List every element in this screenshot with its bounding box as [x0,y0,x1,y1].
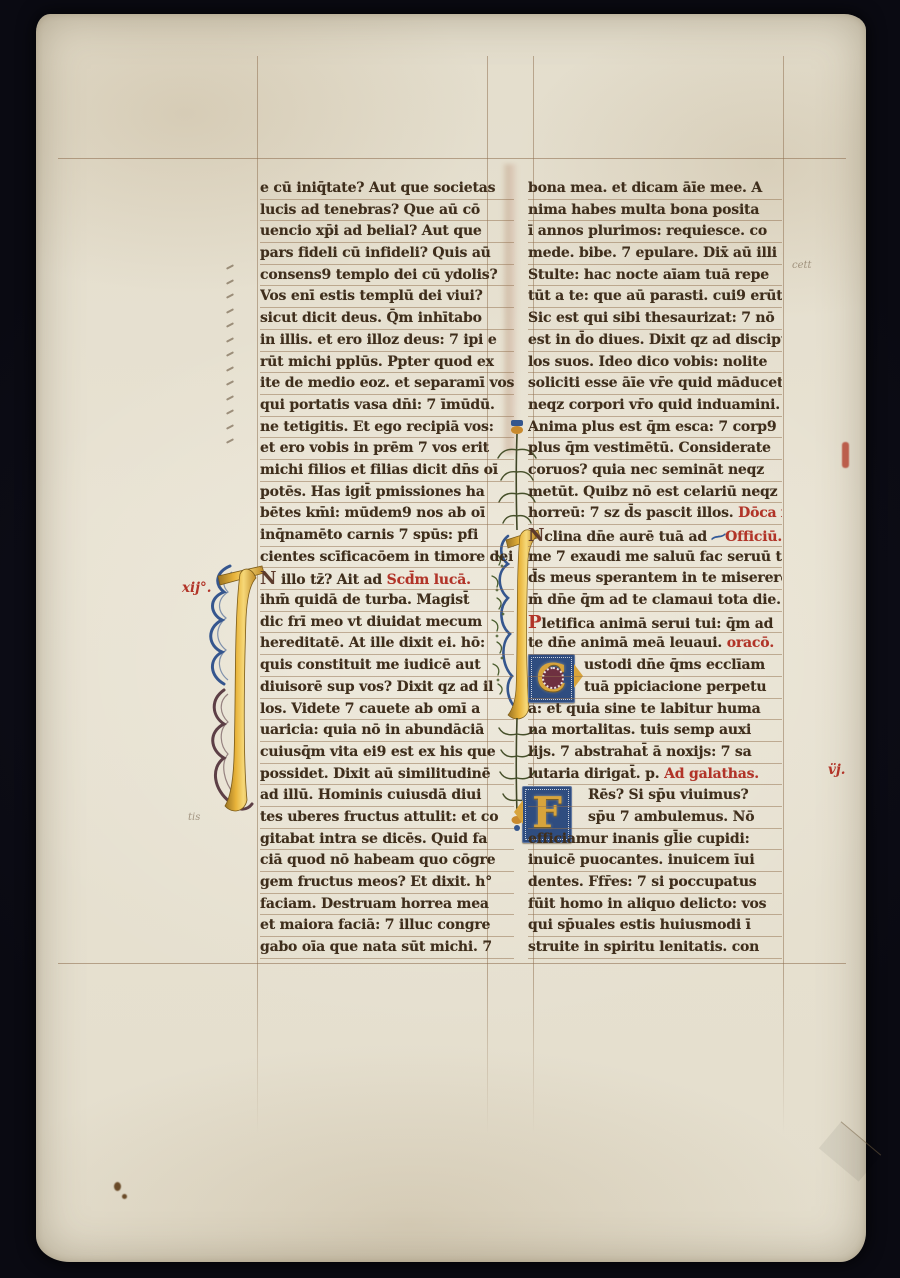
body-text: lutaria dirigat̄. p. [528,766,664,782]
text-line: ī annos plurimos: requiesce. co [528,221,782,243]
red-stain [842,442,849,468]
text-line: coruos? quia nec semināt neqz [528,460,782,482]
text-line: dentes. Ffr̄es: 7 si poccupatus [528,872,782,894]
text-line: in illis. et ero illoz deus: 7 ipi e [260,330,514,352]
body-text: Rēs? Si sp̄u viuimus? [588,787,749,803]
text-line: efficiamur inanis gl̄ie cupidi: [528,829,782,851]
body-text: efficiamur inanis gl̄ie cupidi: [528,831,750,847]
marginal-note-right: cett [792,260,812,271]
body-text: te dn̄e animā meā leuaui. [528,635,727,651]
body-text: lijs. 7 abstrahat̄ ā noxijs: 7 sa [528,744,751,760]
body-text: tūt a te: que aū parasti. cui9 erūt? [528,288,782,304]
text-line: faciam. Destruam horrea mea [260,894,514,916]
rubric-text: P [528,612,541,633]
text-line: michi filios et filias dicit dn̄s oī [260,460,514,482]
text-line: mede. bibe. 7 epulare. Dix̄ aū illi dz. [528,243,782,265]
prick-mark [226,424,234,430]
prick-mark [226,395,234,401]
gold-flare [514,800,523,824]
body-text: et ero vobis in prēm 7 vos erit [260,440,489,456]
text-line: los suos. Ideo dico vobis: nolite [528,352,782,374]
body-text: tuā ppiciacione perpetu [584,679,766,695]
text-line: ne tetigitis. Et ego recipiā vos: [260,417,514,439]
prick-mark [226,380,234,386]
text-line: bētes km̄i: mūdem9 nos ab oī [260,503,514,525]
text-line: et maiora faciā: 7 illuc congre [260,915,514,937]
corner-tear [819,1121,881,1181]
text-line: Sic est qui sibi thesaurizat: 7 nō [528,308,782,330]
text-line: possidet. Dixit aū similitudinē [260,764,514,786]
body-text: bona mea. et dicam āīe mee. A [528,180,762,196]
text-line: a: et quia sine te labitur huma [528,699,782,721]
chapter-number-galatians-vi: v̈j. [828,762,845,778]
body-text: est in d̄o diues. Dixit qz ad discipu [528,332,782,348]
body-text: N [528,525,544,546]
text-line: Nclina dn̄e aurē tuā ad ~Officiū. [528,525,782,547]
text-line: fūit homo in aliquo delicto: vos [528,894,782,916]
text-line: uencio xp̄i ad belial? Aut que [260,221,514,243]
prick-mark [226,264,234,270]
body-text: dic frī meo vt diuidat mecum [260,614,482,630]
text-line: lucis ad tenebras? Que aū cō [260,200,514,222]
text-line: Pletifica animā serui tui: q̄m ad [528,612,782,634]
body-text: faciam. Destruam horrea mea [260,896,489,912]
rubric-text: Officiū. [725,529,782,545]
text-line: quis constituit me iudicē aut [260,655,514,677]
body-text: illo tz̄? Ait ad [276,572,386,588]
body-text: dentes. Ffr̄es: 7 si poccupatus [528,874,756,890]
text-line: qui portatis vasa dn̄i: 7 īmūdū. [260,395,514,417]
body-text: inuicē puocantes. inuicem īui [528,852,755,868]
ruling-line-bottom [58,963,846,964]
text-column-right: bona mea. et dicam āīe mee. Anima habes … [528,178,782,959]
body-text: soliciti esse āīe vr̄e quid māducetis. [528,375,782,391]
text-line: dic frī meo vt diuidat mecum [260,612,514,634]
rubric-text: Dōca xv̄ [738,505,782,521]
body-text: michi filios et filias dicit dn̄s oī [260,462,498,478]
body-text: possidet. Dixit aū similitudinē [260,766,490,782]
body-text: nima habes multa bona posita [528,202,759,218]
prick-mark [226,409,234,415]
body-text: rūt michi pplūs. Ppter quod ex [260,354,494,370]
body-text: in illis. et ero illoz deus: 7 ipi e [260,332,497,348]
prick-mark [226,322,234,328]
text-line: inuicē puocantes. inuicem īui [528,850,782,872]
text-line: ihm̄ quidā de turba. Magist̄ [260,590,514,612]
body-text: tes uberes fructus attulit: et co [260,809,498,825]
text-line: m̄ dn̄e q̄m ad te clamaui tota die. [528,590,782,612]
body-text: hereditatē. At ille dixit ei. hō: [260,635,485,651]
text-line: nima habes multa bona posita [528,200,782,222]
text-line: gem fructus meos? Et dixit. h° [260,872,514,894]
body-text: na mortalitas. tuis semp auxi [528,722,751,738]
text-line: Vos enī estis templū dei viui? [260,286,514,308]
body-text: ustodi dn̄e q̄ms ecclīam [584,657,765,673]
body-text: los suos. Ideo dico vobis: nolite [528,354,767,370]
body-text: uaricia: quia nō in abundāciā [260,722,484,738]
body-text: struite in spiritu lenitatis. con [528,939,759,955]
text-line: rūt michi pplūs. Ppter quod ex [260,352,514,374]
body-text: diuisorē sup vos? Dixit qz ad il [260,679,493,695]
text-line: neqz corpori vr̄o quid induamini. [528,395,782,417]
body-text: e cū iniq̄tate? Aut que societas [260,180,495,196]
body-text: Vos enī estis templū dei viui? [260,288,483,304]
body-text: mede. bibe. 7 epulare. Dix̄ aū illi dz. [528,245,782,261]
prick-mark [226,337,234,343]
marginal-note-left: tis [188,812,200,823]
text-line: pars fideli cū infideli? Quis aū [260,243,514,265]
body-text: a: et quia sine te labitur huma [528,701,760,717]
illuminated-initial-I-left [200,558,266,822]
ink-speck [114,1182,121,1191]
body-text: Stulte: hac nocte aīam tuā repe [528,267,769,283]
body-text: horreū: 7 sz d̄s pascit illos. [528,505,738,521]
manuscript-leaf: C F e cū iniq̄tate? Aut que societasluci… [36,14,866,1262]
prick-mark [226,366,234,372]
prick-marks [226,266,234,455]
body-text: qui portatis vasa dn̄i: 7 īmūdū. [260,397,495,413]
rubric-text: Ad galathas. [664,766,759,782]
prick-mark [226,438,234,444]
text-line: sp̄u 7 ambulemus. Nō [528,807,782,829]
text-line: ite de medio eoz. et separamī vos [260,373,514,395]
ink-speck-2 [122,1194,127,1199]
text-line: metūt. Quibz nō est celariū neqz [528,482,782,504]
text-line: N illo tz̄? Ait ad Scd̄m lucā. [260,568,514,590]
text-line: gitabat intra se dicēs. Quid fa [260,829,514,851]
body-text: consens9 templo dei cū ydolis? [260,267,497,283]
text-line: et ero vobis in prēm 7 vos erit [260,438,514,460]
text-line: lutaria dirigat̄. p. Ad galathas. [528,764,782,786]
text-line: lijs. 7 abstrahat̄ ā noxijs: 7 sa [528,742,782,764]
body-text: ihm̄ quidā de turba. Magist̄ [260,592,469,608]
text-line: tūt a te: que aū parasti. cui9 erūt? [528,286,782,308]
body-text: sp̄u 7 ambulemus. Nō [588,809,754,825]
body-text: lucis ad tenebras? Que aū cō [260,202,480,218]
body-text: gabo oīa que nata sūt michi. 7 [260,939,492,955]
chapter-number-luke-xii: xij°. [182,580,212,596]
prick-mark [226,279,234,285]
text-line: horreū: 7 sz d̄s pascit illos. Dōca xv̄ [528,503,782,525]
text-line: Anima plus est q̄m esca: 7 corp9 [528,417,782,439]
text-line: plus q̄m vestimētū. Considerate [528,438,782,460]
body-text: neqz corpori vr̄o quid induamini. [528,397,780,413]
text-line: tuā ppiciacione perpetu [528,677,782,699]
text-line: diuisorē sup vos? Dixit qz ad il [260,677,514,699]
text-line: ustodi dn̄e q̄ms ecclīam [528,655,782,677]
body-text: ciā quod nō habeam quo cōgre [260,852,495,868]
text-line: cuiusq̄m vita ei9 est ex his que [260,742,514,764]
body-text: gitabat intra se dicēs. Quid fa [260,831,487,847]
body-text: quis constituit me iudicē aut [260,657,480,673]
prick-mark [226,351,234,357]
text-line: qui sp̄uales estis huiusmodi ī [528,915,782,937]
body-text: uencio xp̄i ad belial? Aut que [260,223,482,239]
text-line: est in d̄o diues. Dixit qz ad discipu [528,330,782,352]
text-line: potēs. Has igit̄ pmissiones ha [260,482,514,504]
prick-mark [226,308,234,314]
text-line: sicut dicit deus. Q̄m inhītabo [260,308,514,330]
body-text: et maiora faciā: 7 illuc congre [260,917,490,933]
text-line: d̄s meus sperantem in te miserere [528,568,782,590]
body-text: cuiusq̄m vita ei9 est ex his que [260,744,495,760]
text-line: gabo oīa que nata sūt michi. 7 [260,937,514,959]
text-line: consens9 templo dei cū ydolis? [260,265,514,287]
text-line: cientes scīficacōem in timore dei. [260,547,514,569]
text-line: uaricia: quia nō in abundāciā [260,720,514,742]
text-line: tes uberes fructus attulit: et co [260,807,514,829]
rubric-text: oracō. [727,635,774,651]
body-text: N [260,568,276,589]
body-text: fūit homo in aliquo delicto: vos [528,896,766,912]
prick-mark [226,293,234,299]
body-text: ī annos plurimos: requiesce. co [528,223,767,239]
body-text: plus q̄m vestimētū. Considerate [528,440,771,456]
body-text: clina dn̄e aurē tuā ad [544,529,711,545]
body-text: me 7 exaudi me saluū fac seruū tuū [528,549,782,565]
body-text: d̄s meus sperantem in te miserere [528,570,782,586]
text-line: hereditatē. At ille dixit ei. hō: [260,633,514,655]
text-line: los. Videte 7 cauete ab omī a [260,699,514,721]
body-text: coruos? quia nec semināt neqz [528,462,764,478]
ruling-line-right-bound [783,56,784,1134]
body-text: ad illū. Hominis cuiusdā diui [260,787,481,803]
body-text: m̄ dn̄e q̄m ad te clamaui tota die. [528,592,781,608]
body-text: qui sp̄uales estis huiusmodi ī [528,917,751,933]
text-line: soliciti esse āīe vr̄e quid māducetis. [528,373,782,395]
body-text: cientes scīficacōem in timore dei. [260,549,514,565]
body-text: metūt. Quibz nō est celariū neqz [528,484,777,500]
body-text: letifica animā serui tui: q̄m ad [541,616,773,632]
body-text: inq̄namēto carnis 7 spūs: pfi [260,527,478,543]
body-text: ite de medio eoz. et separamī vos [260,375,514,391]
text-line: Rēs? Si sp̄u viuimus? [528,785,782,807]
body-text: ne tetigitis. Et ego recipiā vos: [260,419,494,435]
text-column-left: e cū iniq̄tate? Aut que societaslucis ad… [260,178,514,959]
text-line: struite in spiritu lenitatis. con [528,937,782,959]
body-text: bētes km̄i: mūdem9 nos ab oī [260,505,485,521]
text-line: inq̄namēto carnis 7 spūs: pfi [260,525,514,547]
body-text: Anima plus est q̄m esca: 7 corp9 [528,419,776,435]
text-line: te dn̄e animā meā leuaui. oracō. [528,633,782,655]
body-text: potēs. Has igit̄ pmissiones ha [260,484,485,500]
text-line: na mortalitas. tuis semp auxi [528,720,782,742]
text-line: ad illū. Hominis cuiusdā diui [260,785,514,807]
body-text: pars fideli cū infideli? Quis aū [260,245,491,261]
text-line: ciā quod nō habeam quo cōgre [260,850,514,872]
text-line: Stulte: hac nocte aīam tuā repe [528,265,782,287]
body-text: gem fructus meos? Et dixit. h° [260,874,492,890]
photo-background: C F e cū iniq̄tate? Aut que societasluci… [0,0,900,1278]
rubric-text: Scd̄m lucā. [387,572,471,588]
body-text: los. Videte 7 cauete ab omī a [260,701,480,717]
ruling-line-top [58,158,846,159]
body-text: Sic est qui sibi thesaurizat: 7 nō [528,310,775,326]
text-line: me 7 exaudi me saluū fac seruū tuū [528,547,782,569]
body-text: sicut dicit deus. Q̄m inhītabo [260,310,482,326]
text-line: e cū iniq̄tate? Aut que societas [260,178,514,200]
text-line: bona mea. et dicam āīe mee. A [528,178,782,200]
